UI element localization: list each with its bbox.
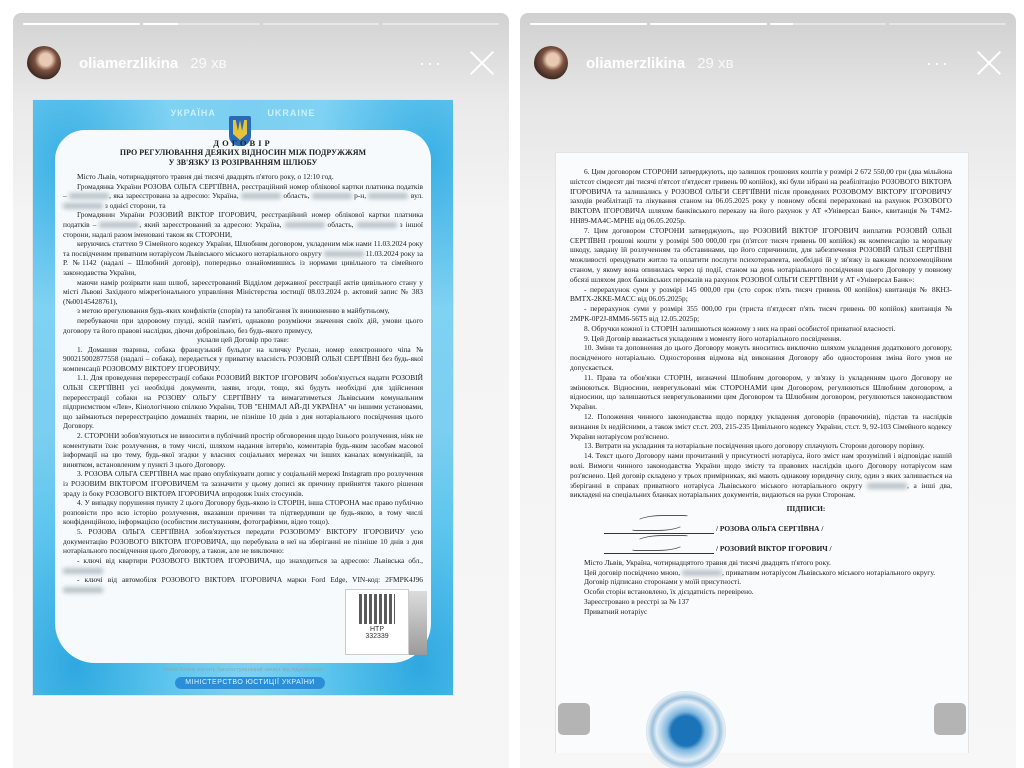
redacted-text xyxy=(357,222,397,228)
progress-segment xyxy=(382,23,499,25)
story-viewer-right[interactable]: oliamerzlikina 29 хв ··· 6. Цим договоро… xyxy=(520,13,1016,768)
document-paragraph: - ключі від квартири РОЗОВОГО ВІКТОРА ІГ… xyxy=(63,556,423,575)
story-progress-bar xyxy=(23,23,499,25)
document-paragraph: перебуваючи при здоровому глузді, ясній … xyxy=(63,316,423,335)
avatar[interactable] xyxy=(27,46,61,80)
signatures-block: ПІДПИСИ: / РОЗОВА ОЛЬГА СЕРГІЇВНА / / РО… xyxy=(570,504,952,554)
document-paragraph: з метою врегулювання будь-яких конфлікті… xyxy=(63,306,423,316)
redacted-text xyxy=(867,483,907,489)
avatar[interactable] xyxy=(534,46,568,80)
redacted-text xyxy=(69,193,109,199)
more-options-icon[interactable]: ··· xyxy=(419,53,443,74)
banner-ukraine: UKRAINE xyxy=(267,108,315,118)
document-paragraph: 9. Цей Договір вважається укладеним з мо… xyxy=(570,334,952,344)
document-subtitle: У ЗВ'ЯЗКУ ІЗ РОЗІРВАННЯМ ШЛЮБУ xyxy=(63,158,423,168)
qr-label: НТР xyxy=(346,626,408,633)
document-paragraph: 3. РОЗОВА ОЛЬГА СЕРГІЇВНА має право опуб… xyxy=(63,469,423,498)
document-paragraph: - перерахунок суми у розмірі 355 000,00 … xyxy=(570,304,952,324)
signatures-label: ПІДПИСИ: xyxy=(660,504,952,514)
document-paragraph: 2. СТОРОНИ зобов'язуються не виносити в … xyxy=(63,431,423,469)
progress-segment xyxy=(889,23,1006,25)
signature-line: / РОЗОВИЙ ВІКТОР ІГОРОВИЧ / xyxy=(604,534,952,554)
post-time: 29 хв xyxy=(190,55,226,72)
document-paragraph: 4. У випадку порушення пункту 2 цього До… xyxy=(63,498,423,527)
redacted-text xyxy=(63,568,103,574)
redacted-text xyxy=(99,222,139,228)
document-subtitle: ПРО РЕГУЛЮВАННЯ ДЕЯКИХ ВІДНОСИН МІЖ ПОДР… xyxy=(63,148,423,158)
story-viewer-left[interactable]: oliamerzlikina 29 хв ··· УКРАЇНА UKRAINE… xyxy=(13,13,509,768)
document-paragraph: Договір підписано сторонами у моїй прису… xyxy=(570,577,952,587)
signature-line: / РОЗОВА ОЛЬГА СЕРГІЇВНА / xyxy=(604,514,952,534)
document-paragraph: Місто Львів, Україна, чотирнадцятого тра… xyxy=(570,558,952,568)
document-body: ДОГОВІР ПРО РЕГУЛЮВАННЯ ДЕЯКИХ ВІДНОСИН … xyxy=(63,138,423,594)
redacted-text xyxy=(312,193,352,199)
more-options-icon[interactable]: ··· xyxy=(926,53,950,74)
progress-segment xyxy=(263,23,380,25)
redacted-text xyxy=(285,222,325,228)
document-paragraph: уклали цей Договір про таке: xyxy=(63,335,423,345)
qr-code: НТР 332339 xyxy=(345,589,409,655)
document-paragraph: 1.1. Для проведення перереєстрації собак… xyxy=(63,373,423,431)
document-paragraph: Особи сторін встановлено, їх дієздатніст… xyxy=(570,587,952,597)
document-paragraph: Громадянка України РОЗОВА ОЛЬГА СЕРГІЇВН… xyxy=(63,182,423,211)
document-paragraph: Місто Львів, чотирнадцятого травня дві т… xyxy=(63,172,423,182)
qr-code-image xyxy=(359,594,395,624)
document-paragraph: 14. Текст цього Договору нами прочитаний… xyxy=(570,451,952,500)
progress-segment xyxy=(23,23,140,25)
username-link[interactable]: oliamerzlikina xyxy=(79,55,178,72)
close-icon[interactable] xyxy=(469,50,495,76)
document-paragraph: Цей договір посвідчено мною, , приватним… xyxy=(570,568,952,578)
document-paragraph: 5. РОЗОВА ОЛЬГА СЕРГІЇВНА зобов'язується… xyxy=(63,527,423,556)
redacted-text xyxy=(63,203,103,209)
page-tab-right xyxy=(934,703,966,735)
story-progress-bar xyxy=(530,23,1006,25)
document-body: 6. Цим договором СТОРОНИ затверджують, щ… xyxy=(570,167,952,617)
progress-segment xyxy=(143,23,260,25)
close-icon[interactable] xyxy=(976,50,1002,76)
document-paragraph: 11. Права та обов'язки СТОРІН, визначені… xyxy=(570,373,952,412)
post-time: 29 хв xyxy=(697,55,733,72)
document-paragraph: Зареєстровано в реєстрі за № 137 xyxy=(570,597,952,607)
document-paragraph: 10. Зміни та доповнення до цього Договор… xyxy=(570,343,952,372)
document-paragraph: маючи намір розірвати наш шлюб, зареєстр… xyxy=(63,278,423,307)
contract-page-2: 6. Цим договором СТОРОНИ затверджують, щ… xyxy=(555,152,969,753)
username-link[interactable]: oliamerzlikina xyxy=(586,55,685,72)
banner-ukraina: УКРАЇНА xyxy=(171,108,216,118)
qr-number: 332339 xyxy=(346,633,408,640)
redacted-text xyxy=(63,587,103,593)
contract-page-1: УКРАЇНА UKRAINE ДОГОВІР ПРО РЕГУЛЮВАННЯ … xyxy=(33,100,453,695)
document-paragraph: Приватний нотаріус xyxy=(570,607,952,617)
document-title: ДОГОВІР xyxy=(63,138,423,148)
notary-seal-icon xyxy=(646,691,726,768)
progress-segment xyxy=(530,23,647,25)
redacted-text xyxy=(368,193,408,199)
progress-segment xyxy=(650,23,767,25)
forgery-warning: Увага! Бланк містить багатоступеневий за… xyxy=(33,667,453,673)
document-paragraph: 13. Витрати на укладання та нотаріальне … xyxy=(570,441,952,451)
signature-icon xyxy=(604,537,714,554)
signatory-name: / РОЗОВА ОЛЬГА СЕРГІЇВНА / xyxy=(716,524,823,534)
progress-segment xyxy=(770,23,887,25)
document-paragraph: керуючись статтею 9 Сімейного кодексу Ук… xyxy=(63,239,423,277)
signature-icon xyxy=(604,517,714,534)
document-paragraph: 7. Цим договором СТОРОНИ затверджують, щ… xyxy=(570,226,952,285)
story-header: oliamerzlikina 29 хв ··· xyxy=(534,41,1002,85)
document-paragraph: - перерахунок суми у розмірі 145 000,00 … xyxy=(570,285,952,305)
ministry-label: МІНІСТЕРСТВО ЮСТИЦІЇ УКРАЇНИ xyxy=(175,677,325,689)
document-paragraph: 8. Обручки кожної із СТОРІН залишаються … xyxy=(570,324,952,334)
document-paragraph: 6. Цим договором СТОРОНИ затверджують, щ… xyxy=(570,167,952,226)
document-paragraph: 1. Домашня тварина, собака французький б… xyxy=(63,345,423,374)
redacted-text xyxy=(682,570,722,576)
redacted-text xyxy=(241,193,281,199)
document-paragraph: 12. Положення чинного законодавства щодо… xyxy=(570,412,952,441)
page-tab-left xyxy=(558,703,590,735)
document-paragraph: Громадянин України РОЗОВИЙ ВІКТОР ІГОРОВ… xyxy=(63,210,423,239)
redacted-text xyxy=(324,251,364,257)
story-header: oliamerzlikina 29 хв ··· xyxy=(27,41,495,85)
hologram-sticker xyxy=(409,591,427,655)
signatory-name: / РОЗОВИЙ ВІКТОР ІГОРОВИЧ / xyxy=(716,544,832,554)
